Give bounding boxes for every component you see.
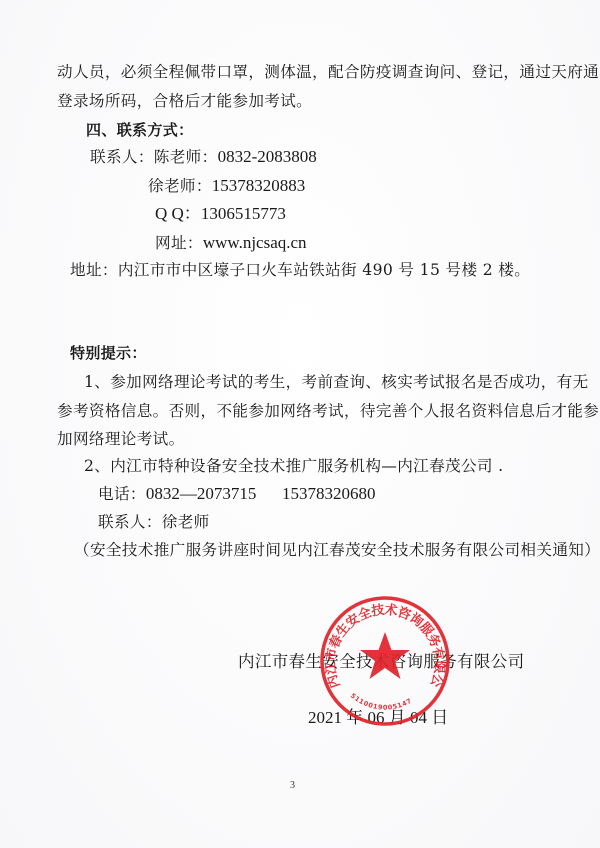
address-line: 地址：内江市市中区壕子口火车站铁站街 490 号 15 号楼 2 楼。 [70, 260, 530, 280]
notice-item-2-line: 2、内江市特种设备安全技术推广服务机构—内江春茂公司 . [84, 456, 503, 476]
contact-heading: 四、联系方式： [86, 120, 193, 140]
paragraph-line: 动人员，必须全程佩带口罩，测体温，配合防疫调查询问、登记，通过天府通 [57, 62, 599, 82]
page-number: 3 [290, 780, 295, 791]
contact1-phone: 0832-2083808 [218, 147, 317, 166]
signature-date: 2021 年 06 月 04 日 [308, 708, 448, 728]
notice-contact-name: 徐老师 [162, 513, 210, 531]
address-value: 内江市市中区壕子口火车站铁站街 490 号 15 号楼 2 楼。 [118, 261, 530, 279]
document-page: 动人员，必须全程佩带口罩，测体温，配合防疫调查询问、登记，通过天府通 登录场所码… [0, 0, 600, 848]
notice-contact-label: 联系人： [98, 513, 162, 531]
contact1-name: 陈老师： [154, 148, 218, 166]
notice-item-1-line: 参考资格信息。否则，不能参加网络考试，待完善个人报名资料信息后才能参 [57, 401, 599, 421]
paragraph-line: 登录场所码，合格后才能参加考试。 [57, 91, 312, 111]
contact-line-2: 徐老师：15378320883 [148, 176, 305, 196]
contact2-phone: 15378320883 [212, 176, 306, 195]
website-line: 网址：www.njcsaq.cn [155, 233, 307, 253]
date-text: 2021 年 06 月 04 日 [308, 708, 448, 727]
contact-line-1: 联系人：陈老师：0832-2083808 [90, 147, 317, 167]
phone-label: 电话： [98, 485, 146, 503]
phone-2: 15378320680 [282, 484, 376, 504]
notice-item-1-line: 1、参加网络理论考试的考生，考前查询、核实考试报名是否成功，有无 [84, 372, 589, 392]
notice-contact-line: 联系人：徐老师 [98, 512, 210, 532]
contact-label: 联系人： [90, 148, 154, 166]
signature-company: 内江市春生安全技术咨询服务有限公司 [238, 652, 524, 672]
contact2-name: 徐老师： [148, 177, 212, 195]
special-notice-heading: 特别提示： [70, 343, 147, 363]
qq-value: 1306515773 [201, 204, 286, 223]
qq-label: Q Q： [155, 204, 201, 223]
address-label: 地址： [70, 261, 118, 279]
website-label: 网址： [155, 234, 203, 252]
website-link[interactable]: www.njcsaq.cn [203, 233, 307, 252]
phone-line: 电话：0832—2073715 [98, 484, 256, 504]
phone-1: 0832—2073715 [146, 484, 257, 503]
notice-item-1-line: 加网络理论考试。 [57, 429, 185, 449]
svg-text:内江市春生安全技术咨询服务有限公司: 内江市春生安全技术咨询服务有限公司 [318, 594, 447, 690]
notice-note: （安全技术推广服务讲座时间见内江春茂安全技术服务有限公司相关通知） [74, 540, 600, 560]
qq-line: Q Q：1306515773 [155, 204, 286, 224]
